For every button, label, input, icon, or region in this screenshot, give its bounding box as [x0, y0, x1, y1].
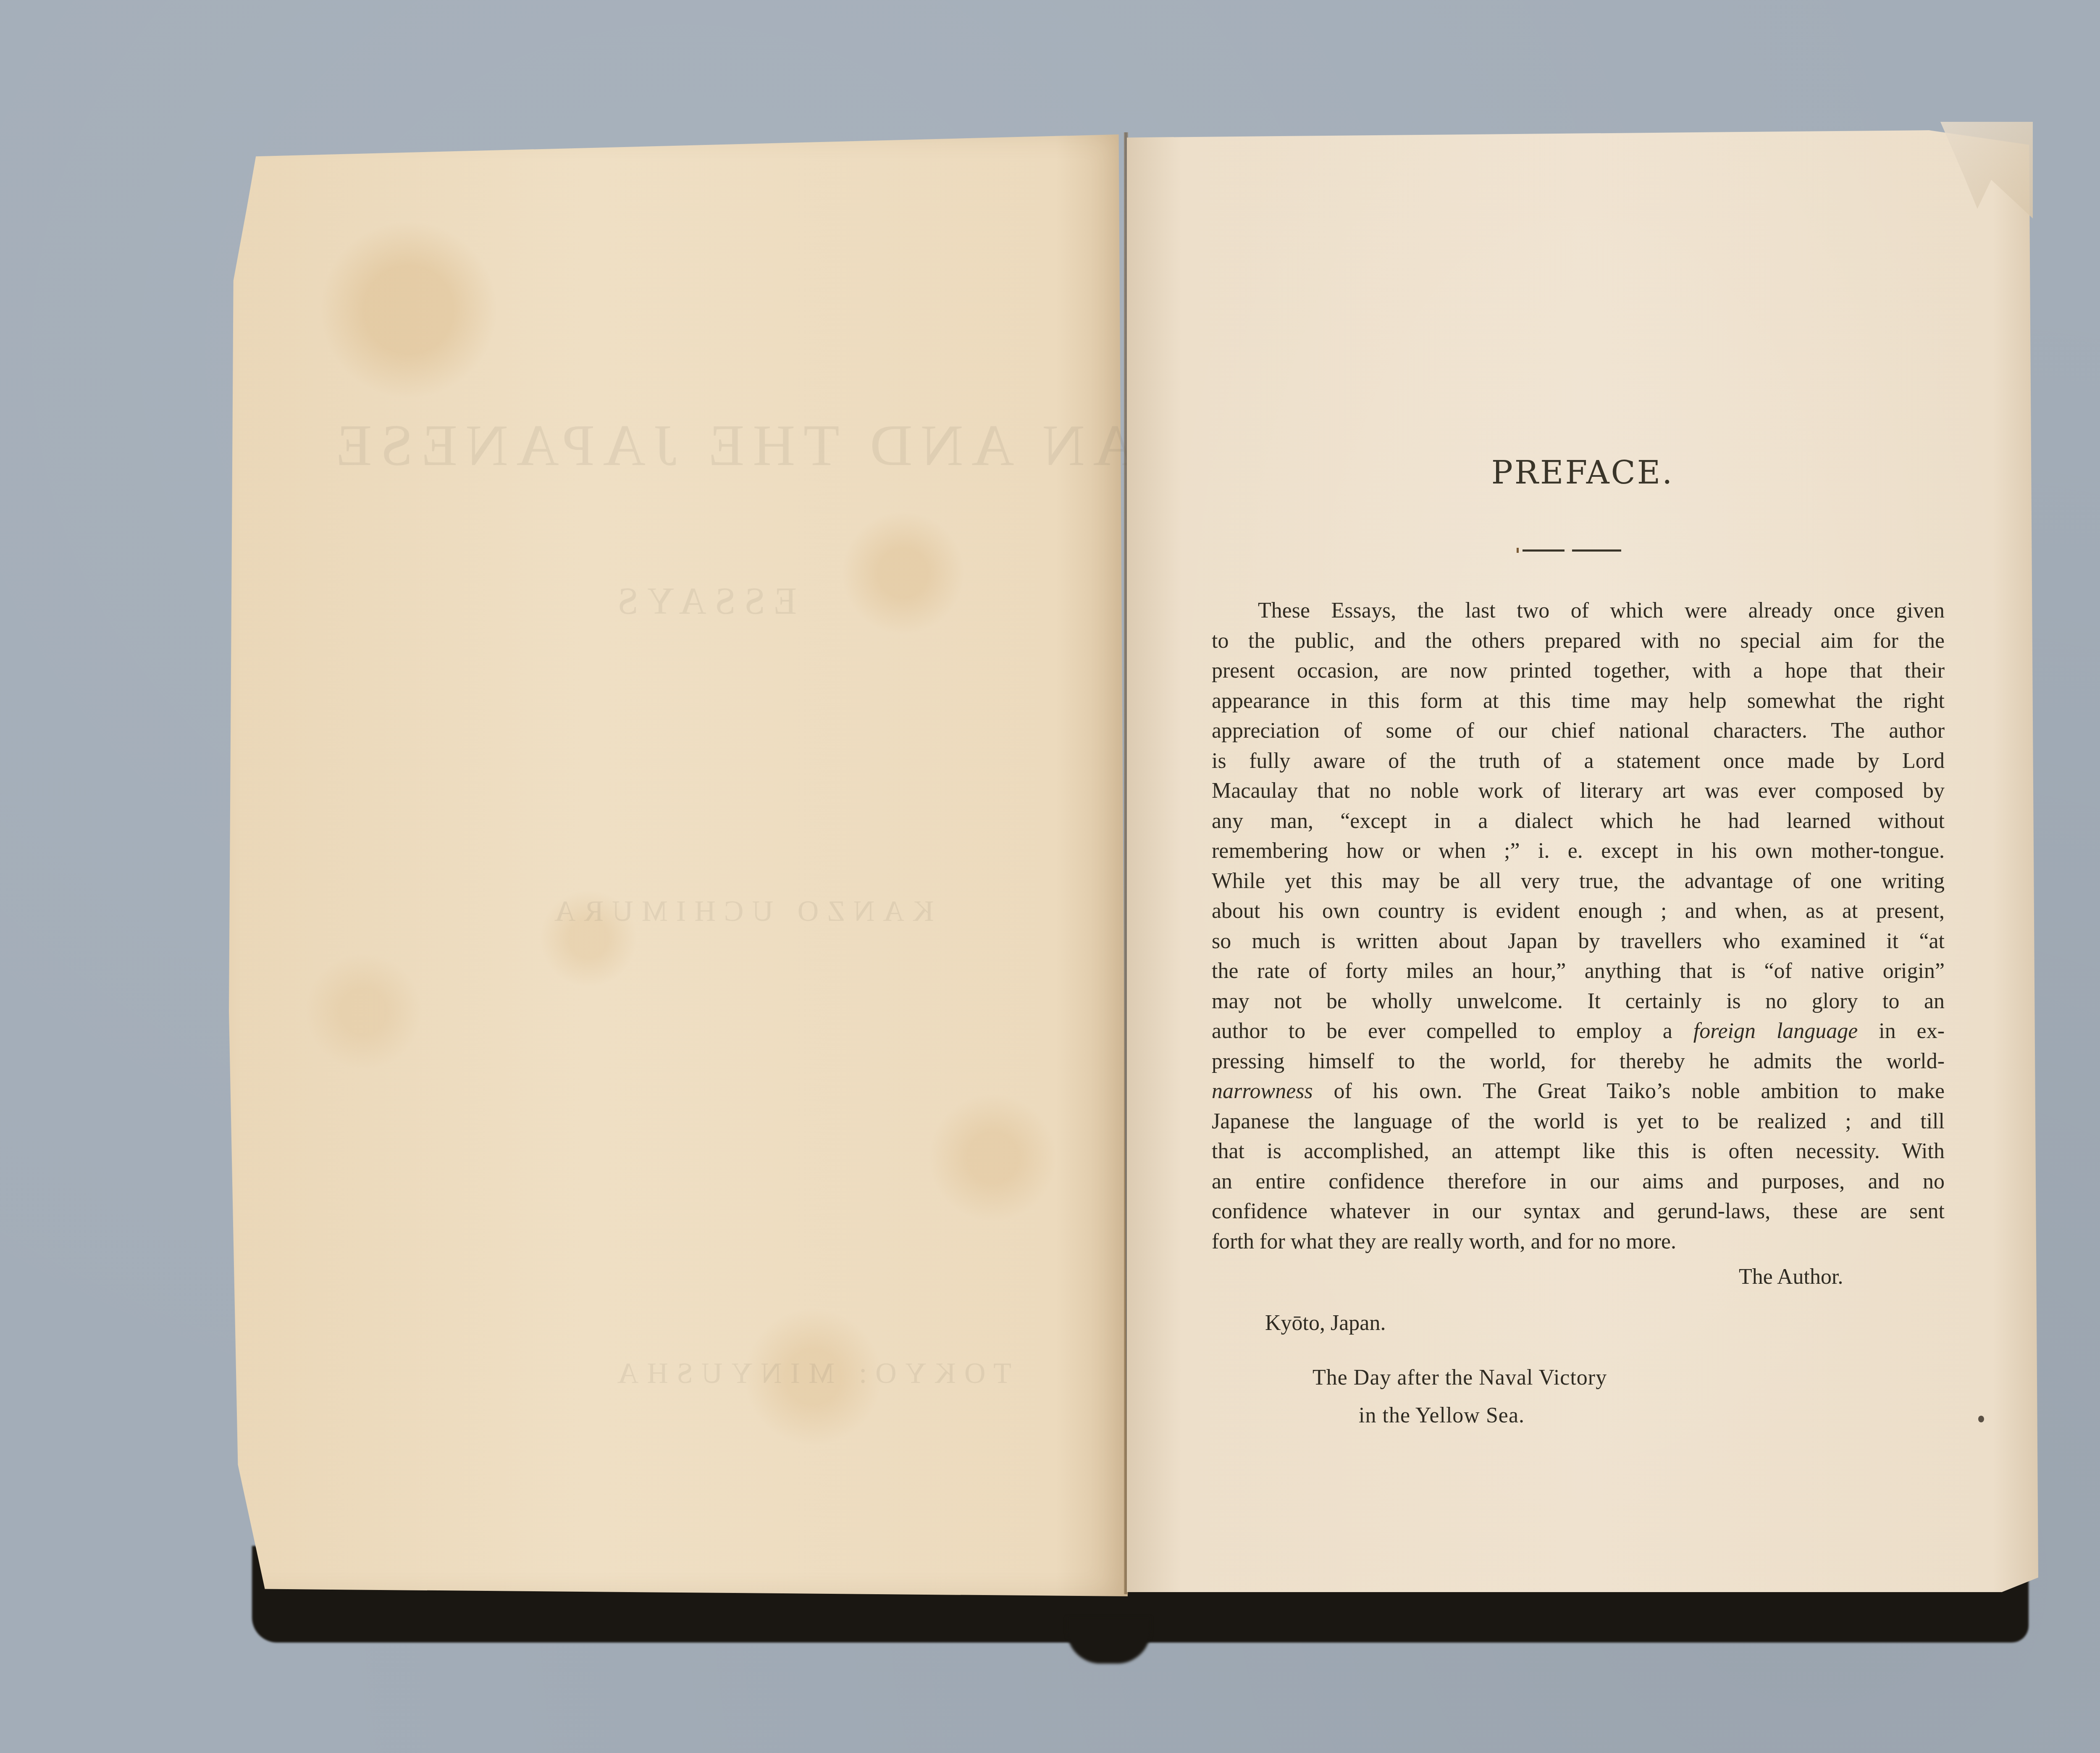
- body-line: While yet this may be all very true, the…: [1212, 866, 1945, 896]
- ornamental-rule: [1522, 549, 1621, 552]
- body-line-text: in ex-: [1858, 1019, 1945, 1043]
- body-line: an entire confidence therefore in our ai…: [1212, 1167, 1945, 1197]
- body-line: any man, “except in a dialect which he h…: [1212, 806, 1945, 836]
- body-line: present occasion, are now printed togeth…: [1212, 656, 1945, 686]
- body-line: Japanese the language of the world is ye…: [1212, 1106, 1945, 1137]
- show-through-author: KANZO UCHIMURA: [546, 895, 934, 928]
- italic-phrase: foreign language: [1693, 1019, 1858, 1043]
- body-line: appreciation of some of our chief nation…: [1212, 716, 1945, 746]
- body-line: about his own country is evident enough …: [1212, 896, 1945, 926]
- body-line: so much is written about Japan by travel…: [1212, 926, 1945, 957]
- body-line: forth for what they are really worth, an…: [1212, 1227, 1945, 1257]
- body-line: remembering how or when ;” i. e. except …: [1212, 836, 1945, 866]
- place-line: Kyōto, Japan.: [1265, 1311, 1386, 1335]
- date-line: in the Yellow Sea.: [1359, 1403, 1525, 1428]
- body-line-with-italic: narrowness of his own. The Great Taiko’s…: [1212, 1076, 1945, 1106]
- show-through-title: JAPAN AND THE JAPANESE: [328, 412, 1254, 479]
- show-through-subtitle: ESSAYS: [609, 580, 797, 623]
- author-signature: The Author.: [1739, 1264, 1843, 1289]
- body-line: pressing himself to the world, for there…: [1212, 1046, 1945, 1077]
- page-title: PREFACE.: [1127, 454, 2038, 491]
- body-line: confidence whatever in our syntax and ge…: [1212, 1196, 1945, 1227]
- body-line: may not be wholly unwelcome. It certainl…: [1212, 986, 1945, 1017]
- body-line: to the public, and the others prepared w…: [1212, 626, 1945, 656]
- body-line-text: author to be ever compelled to employ a: [1212, 1019, 1693, 1043]
- body-line: Macaulay that no noble work of literary …: [1212, 776, 1945, 806]
- show-through-publisher: TOKYO: MINYUSHA: [609, 1357, 1011, 1390]
- paper-speck: [1978, 1416, 1984, 1422]
- body-line: is fully aware of the truth of a stateme…: [1212, 746, 1945, 776]
- preface-body: These Essays, the last two of which were…: [1212, 596, 1945, 1256]
- date-line: The Day after the Naval Victory: [1312, 1365, 1607, 1390]
- body-line: These Essays, the last two of which were…: [1212, 596, 1945, 626]
- italic-phrase: narrowness: [1212, 1079, 1313, 1103]
- body-line-text: of his own. The Great Taiko’s noble ambi…: [1313, 1079, 1945, 1103]
- body-line: the rate of forty miles an hour,” anythi…: [1212, 956, 1945, 986]
- body-line: that is accomplished, an attempt like th…: [1212, 1136, 1945, 1167]
- body-line: appearance in this form at this time may…: [1212, 686, 1945, 716]
- body-line-with-italic: author to be ever compelled to employ a …: [1212, 1016, 1945, 1046]
